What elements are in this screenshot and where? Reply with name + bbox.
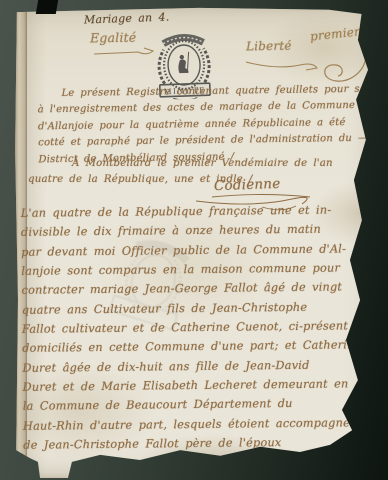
- motto-liberte: Liberté: [246, 39, 292, 54]
- stamp-laurel-left: [159, 50, 165, 84]
- dateline-line: À Montbéliard le premier Vendémiaire de …: [28, 156, 358, 172]
- marriage-act-text: L'an quatre de la République française u…: [21, 200, 370, 455]
- margin-annotation-mariage: Mariage an 4.: [84, 11, 170, 27]
- stamp-figure-head: [180, 55, 185, 60]
- photo-background: Mariage an 4. Egalité Liberté premier: [0, 0, 388, 480]
- act-line: contracter mariage Jean-George Fallot âg…: [22, 278, 368, 301]
- flourish-underline-liberte: [244, 57, 322, 71]
- dateline: À Montbéliard le premier Vendémiaire de …: [28, 156, 358, 187]
- act-line: domiciliés en cette Commune d'une part; …: [22, 336, 368, 359]
- dateline-line: quatre de la République, une et indle /: [28, 172, 358, 188]
- act-line: de Jean-Christophe Fallot père de l'épou…: [23, 432, 369, 455]
- motto-egalite: Egalité: [90, 30, 137, 46]
- black-corner-mark: [36, 0, 58, 14]
- manuscript-page: Mariage an 4. Egalité Liberté premier: [14, 5, 376, 478]
- act-line: Haut-Rhin d'autre part, lesquels étoient…: [23, 413, 369, 436]
- folio-number-word: premier: [309, 24, 360, 43]
